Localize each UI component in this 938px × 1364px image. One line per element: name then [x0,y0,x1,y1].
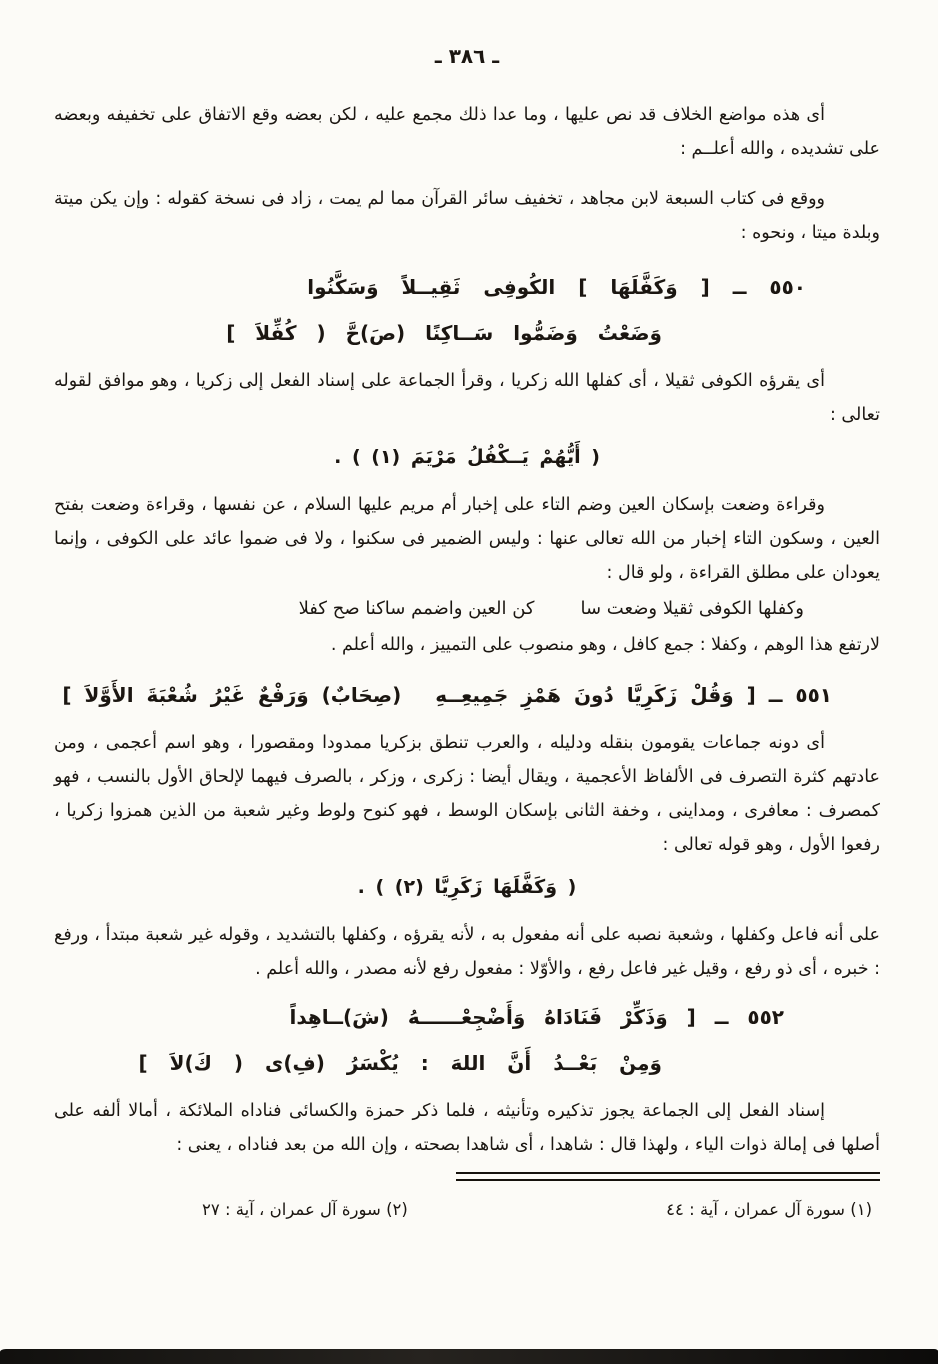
poetry-hemistich-1: وكفلها الكوفى ثقيلا وضعت سا [580,590,804,628]
book-page: ـ ٣٨٦ ـ أى هذه مواضع الخلاف قد نص عليها … [0,0,938,1364]
paragraph-comment-550: أى يقرؤه الكوفى ثقيلا ، أى كفلها الله زك… [54,364,880,432]
verse-550-line-2: وَضَعْتُ وَضَمُّوا سَــاكِنًا (صَ)حَّ ( … [54,310,880,356]
footnote-1: (١) سورة آل عمران ، آية : ٤٤ [666,1195,872,1225]
scan-edge-artifact [0,1349,938,1364]
page-number: ـ ٣٨٦ ـ [54,44,880,68]
paragraph-isnad: إسناد الفعل إلى الجماعة يجوز تذكيره وتأن… [54,1094,880,1162]
verse-552-line-1: ٥٥٢ ــ [ وَذَكِّرْ فَنَادَاهُ وَأَضْجِعْ… [54,994,880,1040]
footnotes-row: (١) سورة آل عمران ، آية : ٤٤ (٢) سورة آل… [54,1181,880,1225]
poetry-hemistich-2: كن العين واضمم ساكنا صح كفلا [299,590,535,628]
verse-551-hemistich-2: (صِحَابٌ) وَرَفْعٌ غَيْرُ شُعْبَةَ الأَو… [62,683,401,707]
footnote-separator-rule [456,1172,880,1181]
footnote-2: (٢) سورة آل عمران ، آية : ٢٧ [202,1195,408,1225]
quran-quote-yakful-maryam: ( أَيُّهُمْ يَــكْفُلُ مَرْيَمَ (١) ) . [54,434,880,480]
verse-551-hemistich-1: ٥٥١ ــ [ وَقُلْ زَكَرِيَّا دُونَ هَمْزِ … [435,683,832,707]
paragraph-khilaf-intro: أى هذه مواضع الخلاف قد نص عليها ، وما عد… [54,98,880,166]
quran-quote-wakaffalaha: ( وَكَفَّلَهَا زَكَرِيَّا (٢) ) . [54,864,880,910]
page-content: ـ ٣٨٦ ـ أى هذه مواضع الخلاف قد نص عليها … [0,0,938,1225]
verse-550-line-1: ٥٥٠ ــ [ وَكَفَّلَهَا ] الكُوفِى ثَقِيــ… [54,264,880,310]
paragraph-shuba: على أنه فاعل وكفلها ، وشعبة نصبه على أنه… [54,918,880,986]
verse-551: ٥٥١ ــ [ وَقُلْ زَكَرِيَّا دُونَ هَمْزِ … [54,672,880,718]
paragraph-ibn-mujahid: ووقع فى كتاب السبعة لابن مجاهد ، تخفيف س… [54,182,880,250]
paragraph-comment-551: أى دونه جماعات يقومون بنقله ودليله ، وال… [54,726,880,862]
poetry-correction-line: وكفلها الكوفى ثقيلا وضعت سا كن العين واض… [54,590,880,628]
paragraph-wadaat: وقراءة وضعت بإسكان العين وضم التاء على إ… [54,488,880,590]
paragraph-irtafaa: لارتفع هذا الوهم ، وكفلا : جمع كافل ، وه… [54,628,880,662]
verse-552-line-2: وَمِنْ بَعْــدُ أَنَّ اللهَ : يُكْسَرُ (… [54,1040,880,1086]
